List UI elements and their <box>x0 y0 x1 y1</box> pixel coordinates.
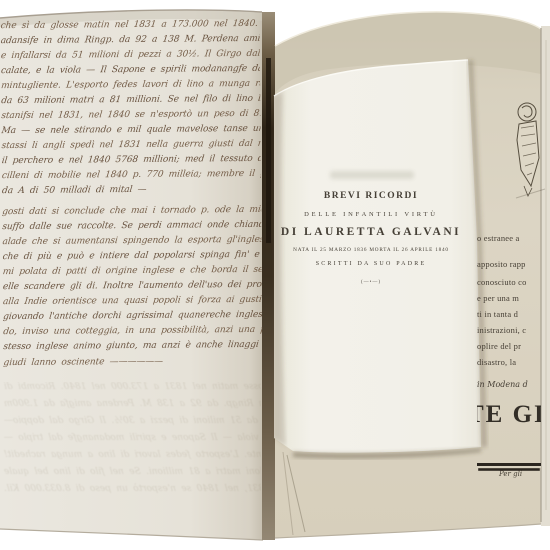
handwriting-line: e infallarsi da 51 milioni di pezzi a 30… <box>0 48 262 61</box>
manuscript-text-block: che sì da glosse matin nel 1831 a 173.00… <box>0 13 263 367</box>
manuscript-bleedthrough: che sì da glosse matin nel 1831 a 173.00… <box>0 382 261 522</box>
handwriting-line: giovando l'antiche dorchi agrissimal qua… <box>3 309 263 322</box>
handwriting-line: stanifsi nel 1831, nel 1840 se n'esportò… <box>1 108 263 121</box>
handwriting-line: do, inviso una cotteggia, in una possibi… <box>3 324 263 337</box>
print-fragment-line: ti in tanta d <box>477 309 518 319</box>
print-fragment-line: conosciuto co <box>477 277 527 287</box>
handwriting-line: stassi li angli spedì nel 1831 nella gue… <box>1 138 262 151</box>
handwriting-line: adansife in dima Ringp. da 92 a 138 M. P… <box>0 33 262 46</box>
bleedthrough-line: da 63 milioni matri a 81 millioni. Se ne… <box>3 467 261 477</box>
byline-line: SCRITTI DA SUO PADRE <box>280 261 462 267</box>
handwriting-line: cilleni di mobilie nel 1840 p. 770 mille… <box>1 168 262 181</box>
bleedthrough-line: calate, e la viola — Il Sapone e spirili… <box>3 433 261 443</box>
bleedthrough-line: che sì da glosse matin nel 1831 a 173.00… <box>3 382 261 392</box>
bleedthrough-line: stanifsi nel 1831, nel 1840 se n'esportò… <box>3 484 261 494</box>
handwriting-line: da 63 milioni matri a 81 millioni. Se ne… <box>1 93 263 106</box>
bleedthrough-line: e infallarsi da 51 milioni di pezzi a 30… <box>3 416 261 426</box>
handwriting-line: gosti dati si conclude che mai i tornado… <box>2 204 263 217</box>
subtitle-line: DELLE INFANTILI VIRTÙ <box>280 211 462 218</box>
double-rule <box>477 463 541 468</box>
print-fragment-line: e per una m <box>477 293 519 303</box>
handwriting-line: giudi lanno oscinente —————— <box>3 357 164 367</box>
handwriting-line: mintugliente. L'esporto fedes lavori di … <box>1 79 263 92</box>
title-line: BREVI RICORDI <box>280 190 462 202</box>
handwriting-line: alla Indie orientisce una quasi popoli s… <box>2 294 262 307</box>
print-fragment-line: apposito rapp <box>477 259 526 269</box>
big-title-fragment: TE GI <box>477 401 541 429</box>
showthrough-smudge <box>330 171 414 179</box>
print-fragment-line: o estranee a <box>477 233 520 243</box>
handwriting-line: calate, e la viola — Il Sapone e spirili… <box>0 63 262 76</box>
handwriting-line: che sì da glosse matin nel 1831 a 173.00… <box>0 18 263 31</box>
print-fragment-line: oplire del pr <box>477 341 521 351</box>
page-edge-strip <box>541 26 550 526</box>
handwriting-line: suffo dalle sue raccolte. Se perdi ammac… <box>2 219 263 232</box>
imprint-fragment-line: in Modena d <box>477 380 528 389</box>
handwriting-line: stesso inglese animo giunto, ma anzi è a… <box>3 339 263 352</box>
gutter-dark-core <box>266 58 271 243</box>
dates-line: NATA IL 25 MARZO 1836 MORTA IL 26 APRILE… <box>280 247 462 253</box>
print-fragment-line: disastro, la <box>477 357 516 367</box>
print-fragment-line: inistrazioni, c <box>477 325 526 335</box>
bleedthrough-line: adansife in dima Ringp. da 92 a 138 M. P… <box>3 399 261 409</box>
underlying-page-text-strip: o estranee a apposito rapp conosciuto co… <box>477 220 541 482</box>
antique-book-photo: che sì da glosse matin nel 1831 a 173.00… <box>0 0 550 550</box>
typographic-ornament-icon: (—•—) <box>280 280 462 285</box>
handwriting-line: Ma — se nele stirando e mil quale mavelo… <box>1 124 263 137</box>
title-page-text: BREVI RICORDI DELLE INFANTILI VIRTÙ DI L… <box>280 190 462 285</box>
name-line: DI LAURETTA GALVANI <box>280 226 462 238</box>
handwriting-line: che di più e può e intiere dal popolarsi… <box>2 249 263 262</box>
handwriting-line: elle scandere gli di. Inoltre l'aumento … <box>2 280 262 292</box>
footer-fragment: Per gli <box>499 470 522 478</box>
handwriting-line: alade che si aumentansi spingendo la esp… <box>2 234 263 247</box>
handwriting-line: mi polata di patti di origine inglese e … <box>2 265 262 278</box>
bleedthrough-line: mintugliente. L'esporto fedes lavori di … <box>3 450 261 460</box>
handwriting-line: il perchero e nel 1840 5768 millioni; me… <box>1 153 262 166</box>
handwriting-line: da A di 50 milladi di mital — <box>1 185 147 196</box>
